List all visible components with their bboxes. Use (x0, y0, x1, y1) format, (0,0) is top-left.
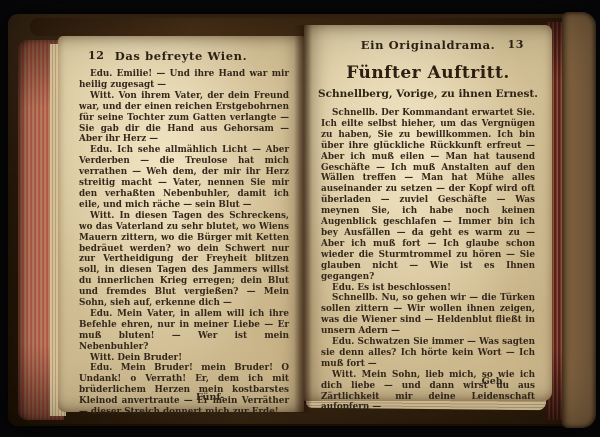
book-photo: 12 Das befreyte Wien. Edu. Emilie! — Und… (0, 0, 600, 437)
left-page-header: 12 Das befreyte Wien. (58, 36, 304, 63)
left-page: 12 Das befreyte Wien. Edu. Emilie! — Und… (58, 36, 304, 412)
dialogue-paragraph: Witt. Von ihrem Vater, der dein Freund w… (79, 91, 289, 146)
right-cover-board (562, 12, 596, 428)
dialogue-paragraph: Edu. Emilie! — Und ihre Hand war mir hei… (79, 69, 289, 91)
dialogue-paragraph: Witt. In diesen Tagen des Schreckens, wo… (79, 211, 289, 309)
right-page-number: 13 (507, 38, 524, 51)
right-page-catchword: Geh, (304, 376, 552, 387)
dialogue-paragraph: Edu. Schwatzen Sie immer — Was sagten si… (321, 337, 535, 370)
left-page-catchword: Fünf- (58, 392, 304, 403)
act-heading: Fünfter Auftritt. (304, 63, 552, 83)
right-running-title: Ein Originaldrama. (361, 38, 496, 52)
dialogue-paragraph: Schnellb. Der Kommandant erwartet Sie. I… (321, 108, 535, 283)
dialogue-paragraph: Edu. Mein Bruder! mein Bruder! O Undank!… (79, 363, 289, 418)
right-page-text: Schnellb. Der Kommandant erwartet Sie. I… (304, 106, 552, 413)
dialogue-paragraph: Schnellb. Nu, so gehen wir — die Türken … (321, 293, 535, 337)
dialogue-paragraph: Witt. Dein Bruder! (79, 353, 289, 364)
dialogue-paragraph: Edu. Es ist beschlossen! (321, 283, 535, 294)
scene-characters-line: Schnellberg, Vorige, zu ihnen Ernest. (304, 88, 552, 100)
left-running-title: Das befreyte Wien. (115, 49, 247, 63)
dialogue-paragraph: Edu. Mein Vater, in allem will ich ihre … (79, 309, 289, 353)
left-page-number: 12 (88, 49, 105, 62)
left-page-text: Edu. Emilie! — Und ihre Hand war mir hei… (58, 63, 304, 418)
right-page: Ein Originaldrama. 13 Fünfter Auftritt. … (304, 25, 552, 401)
right-page-header: Ein Originaldrama. 13 (304, 25, 552, 52)
dialogue-paragraph: Edu. Ich sehe allmählich Licht — Aber Ve… (79, 145, 289, 210)
